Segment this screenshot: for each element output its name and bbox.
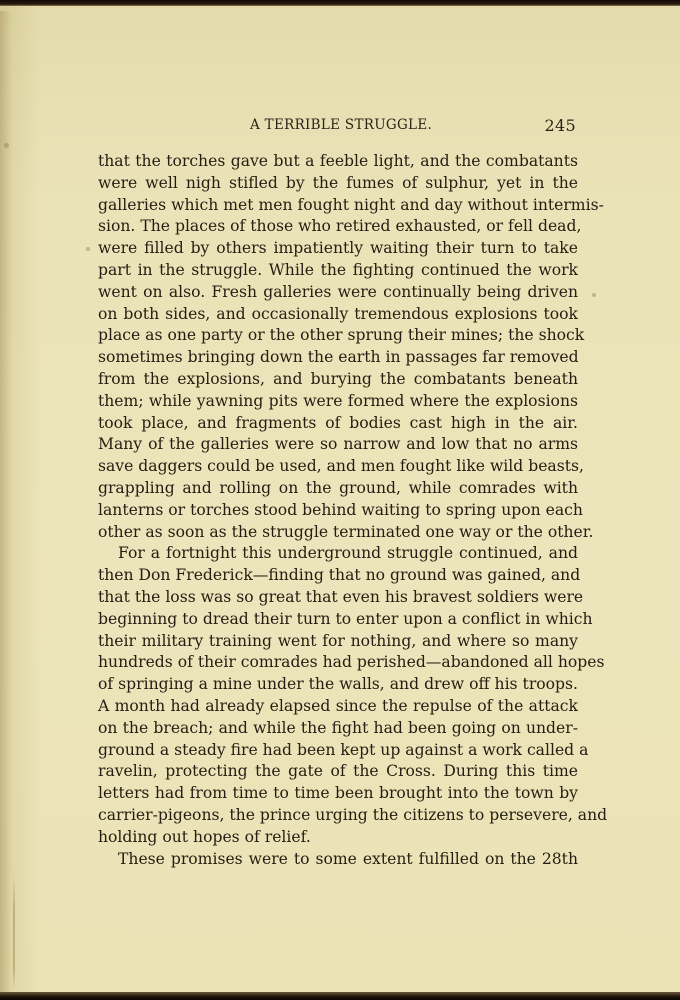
text-line: letters had from time to time been broug… xyxy=(98,783,578,805)
top-edge-shadow xyxy=(0,0,680,6)
text-line: were well nigh stifled by the fumes of s… xyxy=(98,173,578,195)
text-line: ground a steady fire had been kept up ag… xyxy=(98,740,578,762)
text-line: took place, and fragments of bodies cast… xyxy=(98,413,578,435)
text-line: that the loss was so great that even his… xyxy=(98,587,578,609)
paper-speck xyxy=(86,247,90,251)
text-line: lanterns or torches stood behind waiting… xyxy=(98,500,578,522)
text-line: other as soon as the struggle terminated… xyxy=(98,522,578,544)
text-line: that the torches gave but a feeble light… xyxy=(98,151,578,173)
text-line: part in the struggle. While the fighting… xyxy=(98,260,578,282)
body-text: that the torches gave but a feeble light… xyxy=(98,151,578,870)
text-line: beginning to dread their turn to enter u… xyxy=(98,609,578,631)
running-head: A TERRIBLE STRUGGLE. 245 xyxy=(98,117,578,137)
text-line: sometimes bringing down the earth in pas… xyxy=(98,347,578,369)
text-line: hundreds of their comrades had perished—… xyxy=(98,652,578,674)
text-line: went on also. Fresh galleries were conti… xyxy=(98,282,578,304)
text-line: For a fortnight this underground struggl… xyxy=(98,543,578,565)
paper-speck xyxy=(592,293,596,297)
text-line: These promises were to some extent fulfi… xyxy=(98,849,578,871)
text-line: galleries which met men fought night and… xyxy=(98,195,578,217)
text-line: save daggers could be used, and men foug… xyxy=(98,456,578,478)
page-crease xyxy=(13,875,15,990)
bottom-edge-shadow xyxy=(0,992,680,1000)
paper-speck xyxy=(4,143,9,148)
book-page: A TERRIBLE STRUGGLE. 245 that the torche… xyxy=(0,5,680,994)
text-line: of springing a mine under the walls, and… xyxy=(98,674,578,696)
text-line: Many of the galleries were so narrow and… xyxy=(98,434,578,456)
text-line: them; while yawning pits were formed whe… xyxy=(98,391,578,413)
text-line: from the explosions, and burying the com… xyxy=(98,369,578,391)
spine-shadow xyxy=(0,11,12,1000)
page-number: 245 xyxy=(545,116,576,135)
text-line: A month had already elapsed since the re… xyxy=(98,696,578,718)
text-line: carrier-pigeons, the prince urging the c… xyxy=(98,805,578,827)
text-line: their military training went for nothing… xyxy=(98,631,578,653)
running-head-title: A TERRIBLE STRUGGLE. xyxy=(250,117,432,133)
text-line: were filled by others impatiently waitin… xyxy=(98,238,578,260)
text-line: on both sides, and occasionally tremendo… xyxy=(98,304,578,326)
text-line: place as one party or the other sprung t… xyxy=(98,325,578,347)
text-line: sion. The places of those who retired ex… xyxy=(98,216,578,238)
text-line: ravelin, protecting the gate of the Cros… xyxy=(98,761,578,783)
text-line: then Don Frederick—finding that no groun… xyxy=(98,565,578,587)
text-line: on the breach; and while the fight had b… xyxy=(98,718,578,740)
text-line: grappling and rolling on the ground, whi… xyxy=(98,478,578,500)
text-line: holding out hopes of relief. xyxy=(98,827,578,849)
